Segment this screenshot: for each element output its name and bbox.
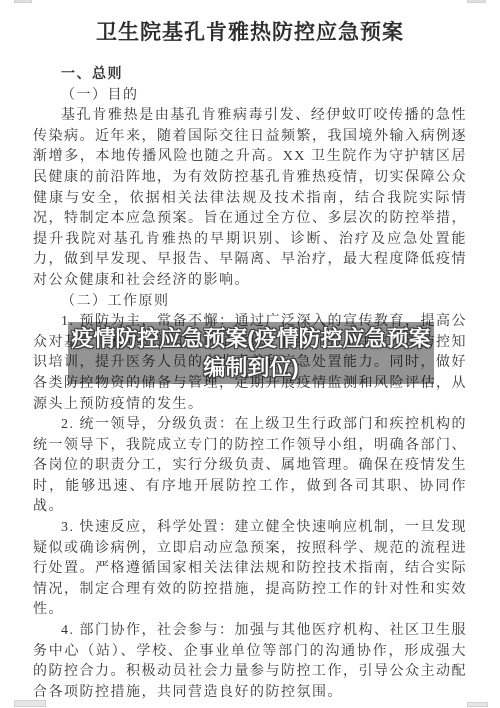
- subsection-heading-principles: （二）工作原则: [33, 292, 467, 313]
- document-body: 一、总则 （一）目的 基孔肯雅热是由基孔肯雅病毒引发、经伊蚊叮咬传播的急性传染病…: [33, 65, 467, 703]
- principle-item-2: 2. 统一领导，分级负责：在上级卫生行政部门和疾控机构的统一领导下，我院成立专门…: [33, 415, 467, 518]
- document-page: 卫生院基孔肯雅热防控应急预案 一、总则 （一）目的 基孔肯雅热是由基孔肯雅病毒引…: [0, 0, 500, 708]
- principle-item-4: 4. 部门协作，社会参与：加强与其他医疗机构、社区卫生服务中心（站）、学校、企事…: [33, 621, 467, 703]
- watermark-text: 疫情防控应急预案(疫情防控应急预案编制到位): [68, 324, 434, 382]
- subsection-heading-purpose: （一）目的: [33, 86, 467, 107]
- purpose-paragraph: 基孔肯雅热是由基孔肯雅病毒引发、经伊蚊叮咬传播的急性传染病。近年来，随着国际交往…: [33, 106, 467, 291]
- section-heading-general-rules: 一、总则: [33, 65, 467, 86]
- watermark-banner: 疫情防控应急预案(疫情防控应急预案编制到位): [68, 322, 434, 384]
- document-title: 卫生院基孔肯雅热防控应急预案: [33, 18, 467, 46]
- principle-item-3: 3. 快速反应，科学处置：建立健全快速响应机制，一旦发现疑似或确诊病例，立即启动…: [33, 518, 467, 621]
